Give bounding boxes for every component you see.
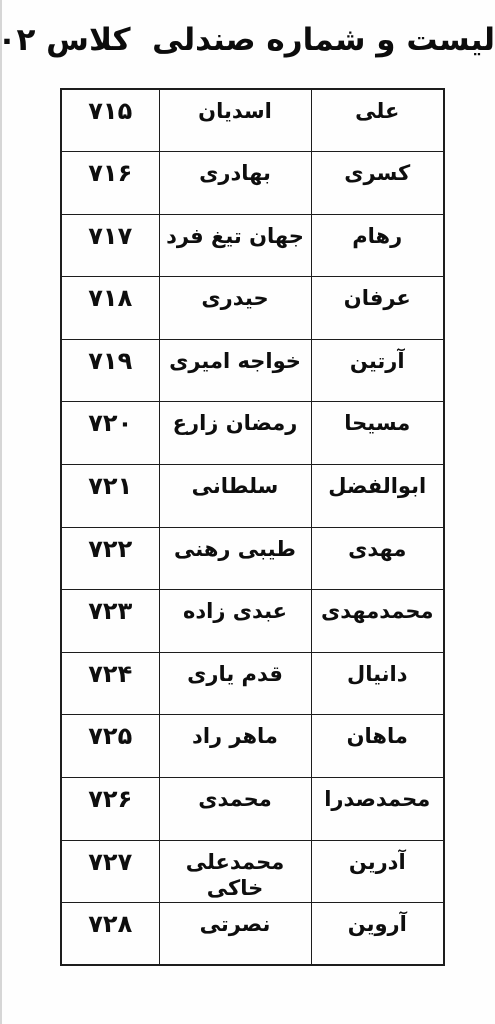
seat-number-cell: ۷۲۵	[61, 715, 159, 778]
last-name-cell: خواجه امیری	[159, 339, 311, 402]
paper-left-edge-shadow	[0, 0, 2, 1024]
last-name-cell: عبدی زاده	[159, 590, 311, 653]
first-name-cell: عرفان	[311, 277, 444, 340]
last-name-cell: محمدی	[159, 778, 311, 841]
first-name-cell: آرتین	[311, 339, 444, 402]
last-name-cell: جهان تیغ فرد	[159, 214, 311, 277]
last-name-cell: نصرتی	[159, 903, 311, 966]
first-name-cell: آروین	[311, 903, 444, 966]
document-page: لیست و شماره صندلی کلاس ۷۰۲ علی اسدیان ۷…	[0, 0, 495, 1024]
seat-number-cell: ۷۱۹	[61, 339, 159, 402]
roster-row: مسیحا رمضان زارع ۷۲۰	[61, 402, 444, 465]
roster-row: محمدصدرا محمدی ۷۲۶	[61, 778, 444, 841]
first-name-cell: مهدی	[311, 527, 444, 590]
last-name-cell: ماهر راد	[159, 715, 311, 778]
roster-row: آروین نصرتی ۷۲۸	[61, 903, 444, 966]
roster-row: محمدمهدی عبدی زاده ۷۲۳	[61, 590, 444, 653]
first-name-cell: ماهان	[311, 715, 444, 778]
first-name-cell: دانیال	[311, 652, 444, 715]
first-name-cell: رهام	[311, 214, 444, 277]
first-name-cell: مسیحا	[311, 402, 444, 465]
roster-row: ابوالفضل سلطانی ۷۲۱	[61, 465, 444, 528]
roster-row: عرفان حیدری ۷۱۸	[61, 277, 444, 340]
seat-number-cell: ۷۱۷	[61, 214, 159, 277]
seat-number-cell: ۷۱۶	[61, 152, 159, 215]
last-name-cell: حیدری	[159, 277, 311, 340]
last-name-cell: طیبی رهنی	[159, 527, 311, 590]
seat-number-cell: ۷۱۵	[61, 89, 159, 152]
last-name-cell: سلطانی	[159, 465, 311, 528]
roster-row: ماهان ماهر راد ۷۲۵	[61, 715, 444, 778]
roster-row: رهام جهان تیغ فرد ۷۱۷	[61, 214, 444, 277]
last-name-cell: بهادری	[159, 152, 311, 215]
roster-row: علی اسدیان ۷۱۵	[61, 89, 444, 152]
first-name-cell: محمدمهدی	[311, 590, 444, 653]
seat-number-cell: ۷۲۷	[61, 840, 159, 903]
first-name-cell: محمدصدرا	[311, 778, 444, 841]
roster-row: دانیال قدم یاری ۷۲۴	[61, 652, 444, 715]
seat-number-cell: ۷۲۱	[61, 465, 159, 528]
roster-row: کسری بهادری ۷۱۶	[61, 152, 444, 215]
seat-number-cell: ۷۲۰	[61, 402, 159, 465]
seat-number-cell: ۷۲۲	[61, 527, 159, 590]
roster-row: آرتین خواجه امیری ۷۱۹	[61, 339, 444, 402]
first-name-cell: علی	[311, 89, 444, 152]
seat-number-cell: ۷۲۸	[61, 903, 159, 966]
first-name-cell: ابوالفضل	[311, 465, 444, 528]
seat-number-cell: ۷۲۴	[61, 652, 159, 715]
page-title: لیست و شماره صندلی کلاس ۷۰۲	[0, 22, 495, 58]
seat-number-cell: ۷۲۶	[61, 778, 159, 841]
last-name-cell: رمضان زارع	[159, 402, 311, 465]
first-name-cell: آدرین	[311, 840, 444, 903]
seat-number-cell: ۷۲۳	[61, 590, 159, 653]
roster-row: مهدی طیبی رهنی ۷۲۲	[61, 527, 444, 590]
last-name-cell: محمدعلی خاکی	[159, 840, 311, 903]
seat-roster-table: علی اسدیان ۷۱۵ کسری بهادری ۷۱۶ رهام جهان…	[60, 88, 445, 966]
last-name-cell: اسدیان	[159, 89, 311, 152]
roster-body: علی اسدیان ۷۱۵ کسری بهادری ۷۱۶ رهام جهان…	[61, 89, 444, 965]
last-name-cell: قدم یاری	[159, 652, 311, 715]
first-name-cell: کسری	[311, 152, 444, 215]
roster-row: آدرین محمدعلی خاکی ۷۲۷	[61, 840, 444, 903]
seat-number-cell: ۷۱۸	[61, 277, 159, 340]
